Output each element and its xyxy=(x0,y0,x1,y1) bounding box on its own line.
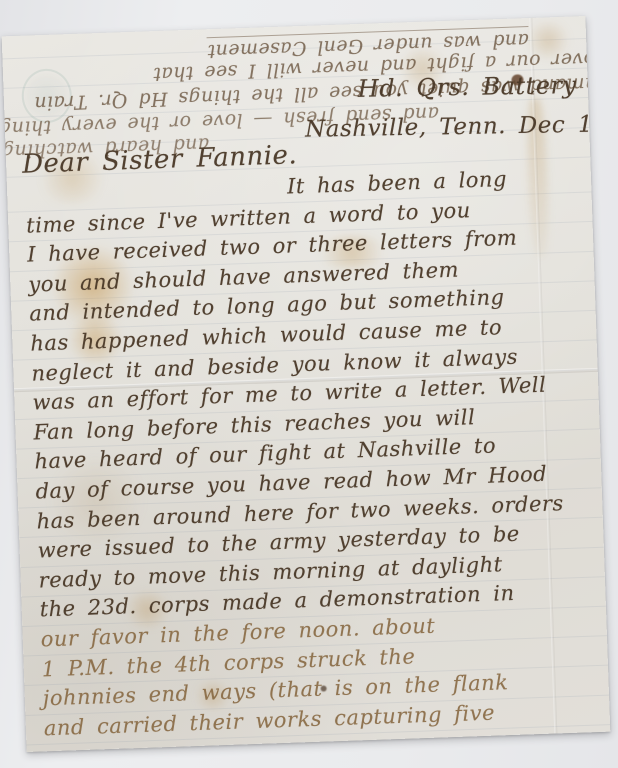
letter-photograph: and was under Genl Casement big thing ov… xyxy=(0,0,618,768)
letter-paper: and was under Genl Casement big thing ov… xyxy=(2,16,611,752)
place-date-line: Nashville, Tenn. Dec 15th/64 xyxy=(305,110,610,142)
headquarters-heading: Hd. Qrs. Battery "A" 1st O. xyxy=(358,68,611,102)
letter-body: It has been a long time since I've writt… xyxy=(25,161,611,744)
